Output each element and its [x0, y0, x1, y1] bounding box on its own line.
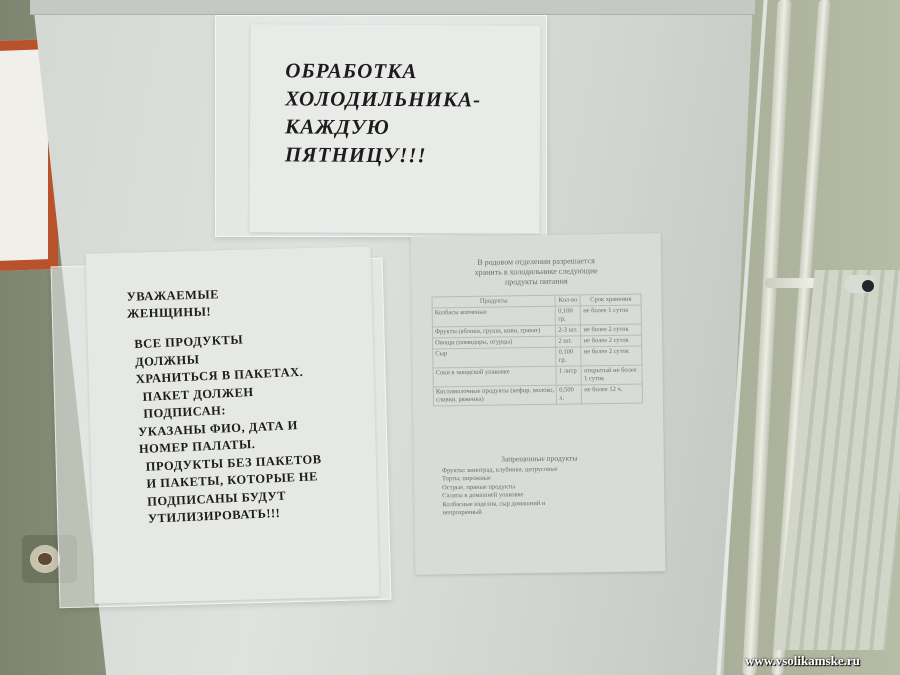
table-cell: 1 литр — [556, 366, 581, 385]
table-cell: не более 12 ч. — [582, 384, 643, 404]
table-cell: 2-3 шт. — [556, 325, 581, 336]
table-cell: Соки в заводской упаковке — [433, 366, 557, 387]
table-cell: 0,500 л. — [557, 385, 582, 404]
table-cell: не более 2 суток — [581, 346, 642, 366]
sign-storage-rules-body: ВСЕ ПРОДУКТЫ ДОЛЖНЫ ХРАНИТЬСЯ В ПАКЕТАХ.… — [134, 328, 324, 528]
sign-fridge-cleaning-text: ОБРАБОТКА ХОЛОДИЛЬНИКА- КАЖДУЮ ПЯТНИЦУ!!… — [285, 56, 482, 169]
sign-allowed-products: В родовом отделении разрешается хранить … — [411, 233, 666, 574]
table-cell: Сыр — [433, 347, 557, 368]
sign-fridge-cleaning: ОБРАБОТКА ХОЛОДИЛЬНИКА- КАЖДУЮ ПЯТНИЦУ!!… — [249, 24, 540, 234]
table-row: Кисломолочные продукты (кефир, молоко, с… — [433, 384, 642, 406]
allowed-products-table: Продукты Кол-во Срок хранения Колбасы ко… — [431, 294, 643, 407]
table-cell: 0,100 гр. — [555, 306, 580, 325]
sign-storage-rules: УВАЖАЕМЫЕ ЖЕНЩИНЫ! ВСЕ ПРОДУКТЫ ДОЛЖНЫ Х… — [85, 246, 379, 603]
watermark: www.vsolikamske.ru — [745, 653, 860, 669]
outlet-socket-hole — [38, 553, 52, 565]
table-cell: 0,100 гр. — [556, 347, 581, 366]
table-cell: не более 2 суток — [581, 324, 642, 336]
table-cell: открытый не более 1 суток — [581, 365, 642, 385]
allowed-products-title: В родовом отделении разрешается хранить … — [441, 256, 631, 289]
table-cell: 2 шт. — [556, 336, 581, 347]
table-cell: не более 1 суток — [581, 305, 642, 325]
table-cell: не более 2 суток — [581, 335, 642, 347]
sign-storage-rules-heading: УВАЖАЕМЫЕ ЖЕНЩИНЫ! — [126, 286, 219, 322]
refrigerator-top-edge — [30, 0, 755, 15]
forbidden-item: непрозрачный — [442, 507, 637, 518]
table-cell: Кисломолочные продукты (кефир, молоко, с… — [433, 385, 557, 406]
forbidden-products: Запрещенные продукты Фрукты: виноград, к… — [442, 454, 638, 518]
valve-knob-icon — [862, 280, 874, 292]
table-cell: Колбасы копченые — [432, 306, 556, 327]
